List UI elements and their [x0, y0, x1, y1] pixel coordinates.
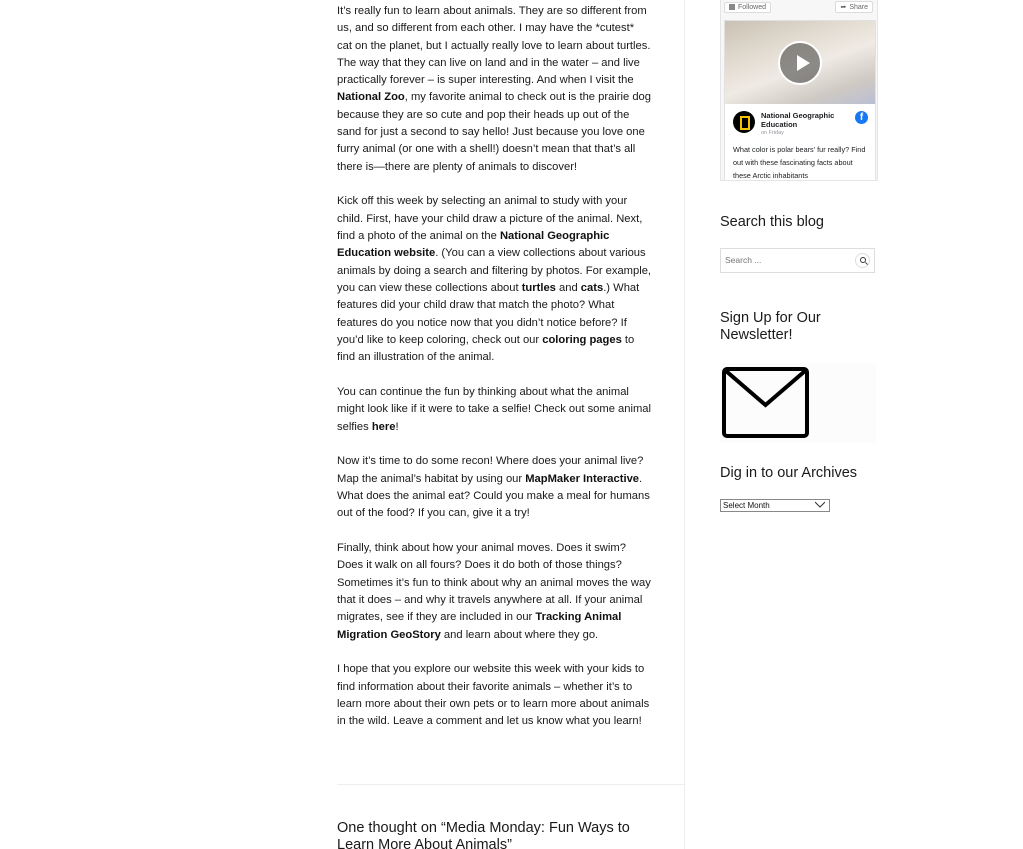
search-form [720, 248, 875, 273]
article-paragraph: It’s really fun to learn about animals. … [337, 3, 652, 176]
article-paragraph: Now it’s time to do some recon! Where do… [337, 453, 652, 522]
article-text: It’s really fun to learn about animals. … [337, 5, 650, 86]
polar-bear-video-thumbnail[interactable] [725, 21, 875, 104]
facebook-logo-icon[interactable]: f [855, 111, 868, 124]
sidebar-divider [684, 0, 685, 849]
natgeo-logo-icon[interactable] [733, 111, 755, 133]
share-arrow-icon: ➦ [840, 3, 846, 11]
play-icon[interactable] [778, 41, 822, 85]
facebook-page-widget: Followed ➦ Share National Geographic Edu… [720, 0, 878, 181]
post-text: What color is polar bears' fur really? F… [725, 138, 875, 181]
post-time: on Friday [761, 129, 869, 138]
comments-divider [337, 784, 684, 785]
newsletter-widget-title: Sign Up for Our Newsletter! [720, 310, 850, 344]
article-link[interactable]: turtles [522, 282, 556, 294]
share-button[interactable]: ➦ Share [835, 1, 873, 13]
article-text: and [556, 282, 581, 294]
article-paragraph: You can continue the fun by thinking abo… [337, 384, 652, 436]
envelope-icon[interactable] [722, 367, 809, 438]
followed-button[interactable]: Followed [724, 2, 771, 13]
article-paragraph: Kick off this week by selecting an anima… [337, 193, 652, 366]
facebook-square-icon [729, 4, 735, 10]
search-icon[interactable] [855, 253, 870, 268]
archives-widget-title: Dig in to our Archives [720, 465, 857, 482]
article-body: It’s really fun to learn about animals. … [337, 3, 652, 748]
article-link[interactable]: MapMaker Interactive [525, 473, 639, 485]
article-link[interactable]: coloring pages [542, 334, 622, 346]
chevron-down-icon [815, 501, 825, 509]
search-widget-title: Search this blog [720, 214, 824, 231]
comments-title: One thought on “Media Monday: Fun Ways t… [337, 820, 647, 849]
article-link[interactable]: National Zoo [337, 91, 405, 103]
article-text: and learn about where they go. [441, 629, 598, 641]
article-paragraph: I hope that you explore our website this… [337, 661, 652, 730]
article-text: ! [395, 421, 398, 433]
facebook-post[interactable]: National Geographic Education on Friday … [724, 20, 876, 181]
article-paragraph: Finally, think about how your animal mov… [337, 540, 652, 644]
article-link[interactable]: here [372, 421, 396, 433]
search-input[interactable] [725, 255, 845, 265]
article-text: I hope that you explore our website this… [337, 663, 649, 727]
article-link[interactable]: cats [581, 282, 603, 294]
archive-month-select[interactable]: Select Month [720, 499, 830, 512]
page-name[interactable]: National Geographic Education [761, 111, 869, 129]
article-text: , my favorite animal to check out is the… [337, 91, 651, 172]
